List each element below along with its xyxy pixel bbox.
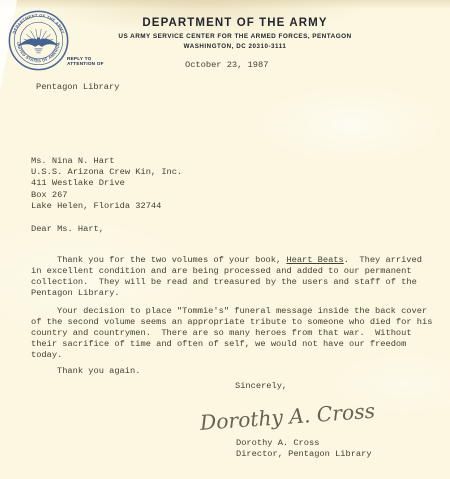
signature-block: Dorothy A. Cross Director, Pentagon Libr…	[236, 438, 372, 460]
recipient-organization: U.S.S. Arizona Crew Kin, Inc.	[31, 167, 182, 178]
scanned-letter: DEPARTMENT OF THE ARMY UNITED STATES OF …	[0, 0, 450, 479]
recipient-street: 411 Westlake Drive	[31, 178, 182, 189]
letterhead-city-line: WASHINGTON, DC 20310-3111	[100, 43, 370, 50]
signature-text: Dorothy A. Cross	[198, 399, 376, 435]
date-line: October 23, 1987	[185, 60, 268, 71]
valediction: Sincerely,	[235, 381, 287, 392]
body-paragraph-3: Thank you again.	[31, 366, 433, 377]
paragraph-1-text-before: Thank you for the two volumes of your bo…	[57, 255, 286, 265]
seal-top-text: DEPARTMENT OF THE ARMY	[11, 13, 66, 35]
recipient-city-state-zip: Lake Helen, Florida 32744	[31, 201, 182, 212]
svg-text:DEPARTMENT OF THE ARMY: DEPARTMENT OF THE ARMY	[11, 13, 66, 35]
body-paragraph-1: Thank you for the two volumes of your bo…	[31, 255, 433, 299]
book-title-underlined: Heart Beats	[286, 255, 343, 265]
letterhead-agency: US ARMY SERVICE CENTER FOR THE ARMED FOR…	[100, 33, 370, 40]
typed-title: Director, Pentagon Library	[236, 449, 372, 460]
recipient-box: Box 267	[31, 190, 182, 201]
letterhead-department: DEPARTMENT OF THE ARMY	[100, 17, 370, 29]
body-paragraph-2: Your decision to place "Tommie's" funera…	[31, 306, 433, 361]
recipient-address-block: Ms. Nina N. Hart U.S.S. Arizona Crew Kin…	[31, 156, 182, 212]
letterhead: DEPARTMENT OF THE ARMY US ARMY SERVICE C…	[100, 17, 370, 50]
seal-eagle-icon	[18, 37, 59, 52]
office-line: Pentagon Library	[36, 82, 119, 93]
typed-name: Dorothy A. Cross	[236, 438, 372, 449]
salutation: Dear Ms. Hart,	[31, 224, 104, 235]
department-of-the-army-seal-icon: DEPARTMENT OF THE ARMY UNITED STATES OF …	[7, 9, 70, 72]
reply-to-line2: ATTENTION OF	[67, 61, 104, 66]
handwritten-signature: Dorothy A. Cross	[196, 392, 381, 438]
reply-to-attention-of: REPLY TO ATTENTION OF	[67, 56, 104, 67]
recipient-name: Ms. Nina N. Hart	[31, 156, 182, 167]
